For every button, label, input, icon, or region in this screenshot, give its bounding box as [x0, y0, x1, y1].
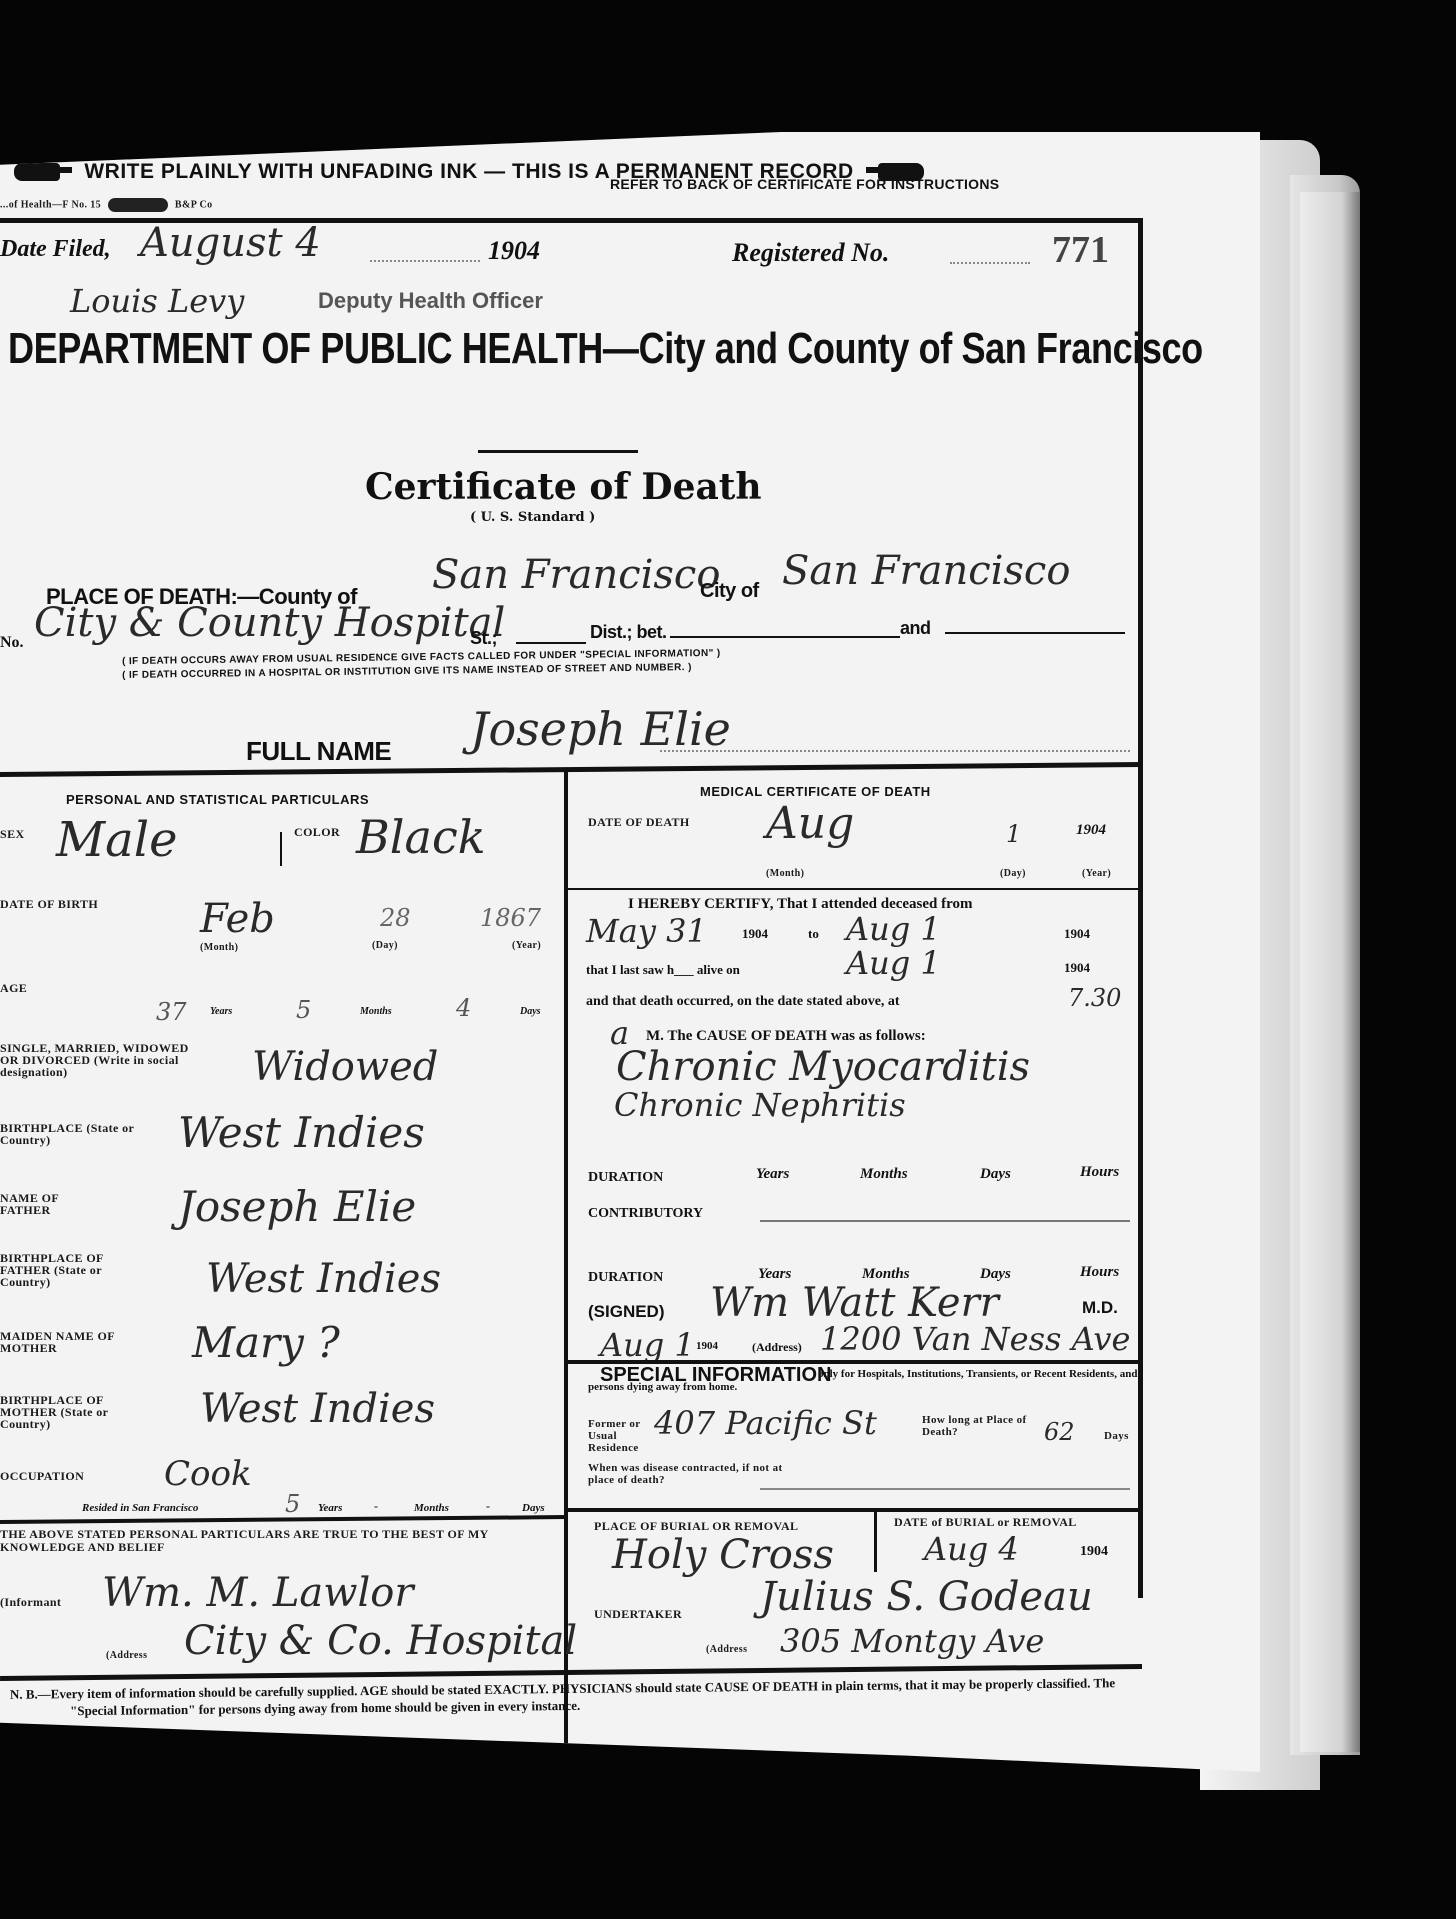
dob-year-caption: (Year)	[512, 940, 541, 952]
duration-years: Years	[756, 1166, 789, 1183]
sex-color-divider	[280, 832, 282, 866]
burial-place-label: PLACE OF BURIAL OR REMOVAL	[594, 1520, 798, 1532]
resided-months: -	[374, 1500, 378, 1512]
resided-label: Resided in San Francisco	[82, 1502, 198, 1514]
birthplace-value: West Indies	[178, 1108, 425, 1157]
cause-2: Chronic Nephritis	[614, 1086, 906, 1124]
age-days-caption: Days	[520, 1006, 541, 1017]
resided-months-caption: Months	[414, 1502, 449, 1514]
informant-address-label: (Address	[106, 1650, 147, 1662]
date-filed-label: Date Filed,	[0, 236, 111, 263]
dod-month: Aug	[766, 798, 854, 849]
contributory-label: CONTRIBUTORY	[588, 1206, 703, 1222]
undertaker-label: UNDERTAKER	[594, 1608, 682, 1620]
informant-label: (Informant	[0, 1596, 61, 1608]
undertaker-address-value: 305 Montgy Ave	[780, 1622, 1044, 1660]
sex-value: Male	[56, 812, 178, 868]
dod-day-caption: (Day)	[1000, 868, 1026, 880]
special-note: only for Hospitals, Institutions, Transi…	[588, 1368, 1138, 1394]
duration-label: DURATION	[588, 1170, 663, 1186]
frame-right	[1138, 218, 1143, 1598]
burial-place-value: Holy Cross	[612, 1532, 834, 1578]
dob-month-caption: (Month)	[200, 942, 238, 954]
occupation-value: Cook	[164, 1454, 252, 1494]
contributory-line	[760, 1220, 1130, 1222]
age-months: 5	[296, 996, 311, 1024]
physician-address: 1200 Van Ness Ave	[820, 1320, 1130, 1358]
department-title: DEPARTMENT OF PUBLIC HEALTH—City and Cou…	[8, 324, 1203, 374]
signed-year: 1904	[696, 1340, 718, 1352]
md-label: M.D.	[1082, 1298, 1118, 1318]
color-value: Black	[356, 810, 486, 864]
dod-year: 1904	[1076, 822, 1106, 839]
date-filed-value: August 4	[140, 220, 321, 266]
mother-name-value: Mary ?	[192, 1318, 340, 1367]
attended-from-year: 1904	[742, 926, 768, 942]
dod-day: 1	[1006, 820, 1021, 848]
undertaker-address-label: (Address	[706, 1644, 747, 1656]
informant-value: Wm. M. Lawlor	[102, 1570, 414, 1616]
duration-2-hours: Hours	[1080, 1264, 1119, 1281]
father-name-label: NAME OF FATHER	[0, 1192, 100, 1216]
duration-months: Months	[860, 1166, 908, 1183]
standard-note: ( U. S. Standard )	[470, 510, 595, 525]
occupation-label: OCCUPATION	[0, 1470, 84, 1482]
age-days: 4	[456, 994, 471, 1022]
title-divider	[478, 450, 638, 453]
dod-month-caption: (Month)	[766, 868, 804, 880]
burial-column-divider	[874, 1508, 877, 1572]
burial-year: 1904	[1080, 1544, 1108, 1560]
dob-day: 28	[380, 904, 411, 932]
street-no-label: No.	[0, 634, 24, 652]
dob-month: Feb	[200, 896, 275, 942]
age-years-caption: Years	[210, 1006, 232, 1017]
father-birthplace-label: BIRTHPLACE OF FATHER (State or Country)	[0, 1252, 140, 1288]
registered-no-value: 771	[1052, 228, 1109, 272]
pointing-hand-icon	[14, 163, 60, 181]
union-label-icon	[108, 198, 168, 212]
death-time-text: and that death occurred, on the date sta…	[586, 994, 900, 1010]
dod-label: DATE OF DEATH	[588, 816, 690, 828]
mother-name-label: MAIDEN NAME OF MOTHER	[0, 1330, 140, 1354]
dob-label: DATE OF BIRTH	[0, 898, 98, 910]
attended-to: Aug 1	[846, 910, 941, 948]
resided-days: -	[486, 1500, 490, 1512]
undertaker-value: Julius S. Godeau	[760, 1574, 1093, 1620]
footer-note: N. B.—Every item of information should b…	[10, 1674, 1120, 1720]
marital-value: Widowed	[252, 1044, 438, 1090]
dod-year-caption: (Year)	[1082, 868, 1111, 880]
cause-1: Chronic Myocarditis	[616, 1044, 1030, 1090]
to-label: to	[808, 926, 819, 942]
full-name-label: FULL NAME	[246, 736, 391, 767]
age-months-caption: Months	[360, 1006, 392, 1017]
duration-hours: Hours	[1080, 1164, 1119, 1181]
informant-address-value: City & Co. Hospital	[184, 1618, 577, 1664]
how-long-value: 62	[1044, 1418, 1075, 1446]
registered-no-label: Registered No.	[732, 238, 889, 268]
last-saw-date: Aug 1	[846, 944, 941, 982]
refer-instructions: REFER TO BACK OF CERTIFICATE FOR INSTRUC…	[610, 176, 999, 192]
street-line	[516, 642, 586, 644]
resided-years: 5	[285, 1490, 300, 1518]
residence-label: Former or Usual Residence	[588, 1418, 650, 1454]
residence-value: 407 Pacific St	[654, 1404, 877, 1442]
death-certificate-page: WRITE PLAINLY WITH UNFADING INK — THIS I…	[0, 132, 1260, 1772]
how-long-label: How long at Place of Death?	[922, 1414, 1032, 1438]
burial-divider	[568, 1508, 1140, 1512]
marital-label: SINGLE, MARRIED, WIDOWED OR DIVORCED (Wr…	[0, 1042, 210, 1078]
age-label: AGE	[0, 982, 27, 994]
and-line	[945, 632, 1125, 634]
resided-years-caption: Years	[318, 1502, 342, 1514]
duration-2-label: DURATION	[588, 1270, 663, 1286]
death-time: 7.30	[1068, 984, 1121, 1012]
personal-heading: PERSONAL AND STATISTICAL PARTICULARS	[66, 792, 369, 807]
father-birthplace-value: West Indies	[206, 1256, 441, 1302]
full-name-value: Joseph Elie	[470, 702, 731, 756]
sex-label: SEX	[0, 828, 25, 840]
full-name-line	[660, 750, 1130, 752]
physician-address-label: (Address)	[752, 1340, 802, 1355]
signed-date: Aug 1	[600, 1326, 695, 1364]
city-value: San Francisco	[782, 548, 1070, 594]
page-stack-edge	[1300, 192, 1360, 1752]
health-officer-title: Deputy Health Officer	[318, 288, 543, 314]
district-label: Dist.; bet.	[590, 622, 667, 643]
signed-label: (SIGNED)	[588, 1302, 665, 1322]
duration-days: Days	[980, 1166, 1011, 1183]
how-long-days: Days	[1104, 1430, 1129, 1442]
date-filed-line	[370, 260, 480, 262]
certificate-title: Certificate of Death	[365, 466, 762, 508]
contracted-line	[760, 1488, 1130, 1490]
mother-birthplace-value: West Indies	[200, 1386, 435, 1432]
medical-heading: MEDICAL CERTIFICATE OF DEATH	[700, 784, 931, 799]
attest-divider	[0, 1515, 566, 1524]
dod-divider	[568, 888, 1138, 890]
father-name-value: Joseph Elie	[178, 1182, 416, 1231]
county-value: San Francisco	[432, 552, 720, 598]
dob-day-caption: (Day)	[372, 940, 398, 952]
contracted-label: When was disease contracted, if not at p…	[588, 1462, 808, 1486]
burial-date-value: Aug 4	[924, 1530, 1019, 1568]
dob-year: 1867	[480, 904, 541, 932]
attended-from: May 31	[586, 912, 707, 950]
district-line	[670, 636, 900, 638]
age-years: 37	[156, 998, 187, 1026]
attest-text: THE ABOVE STATED PERSONAL PARTICULARS AR…	[0, 1528, 560, 1554]
date-filed-year: 1904	[488, 236, 540, 266]
color-label: COLOR	[294, 826, 340, 838]
health-officer-signature: Louis Levy	[70, 282, 244, 320]
section-divider	[0, 762, 1142, 777]
cause-label: M. The CAUSE OF DEATH was as follows:	[646, 1028, 926, 1045]
burial-date-label: DATE of BURIAL or REMOVAL	[894, 1516, 1077, 1528]
last-saw-year: 1904	[1064, 960, 1090, 976]
registered-line	[950, 262, 1030, 264]
resided-days-caption: Days	[522, 1502, 545, 1514]
city-label: City of	[700, 580, 759, 603]
street-label: St.;	[470, 628, 497, 649]
form-id: ...of Health—F No. 15 B&P Co	[0, 198, 213, 212]
birthplace-label: BIRTHPLACE (State or Country)	[0, 1122, 150, 1146]
death-location-value: City & County Hospital	[34, 600, 505, 646]
last-saw-label: that I last saw h___ alive on	[586, 962, 740, 978]
and-label: and	[900, 618, 931, 639]
mother-birthplace-label: BIRTHPLACE OF MOTHER (State or Country)	[0, 1394, 140, 1430]
attended-to-year: 1904	[1064, 926, 1090, 942]
